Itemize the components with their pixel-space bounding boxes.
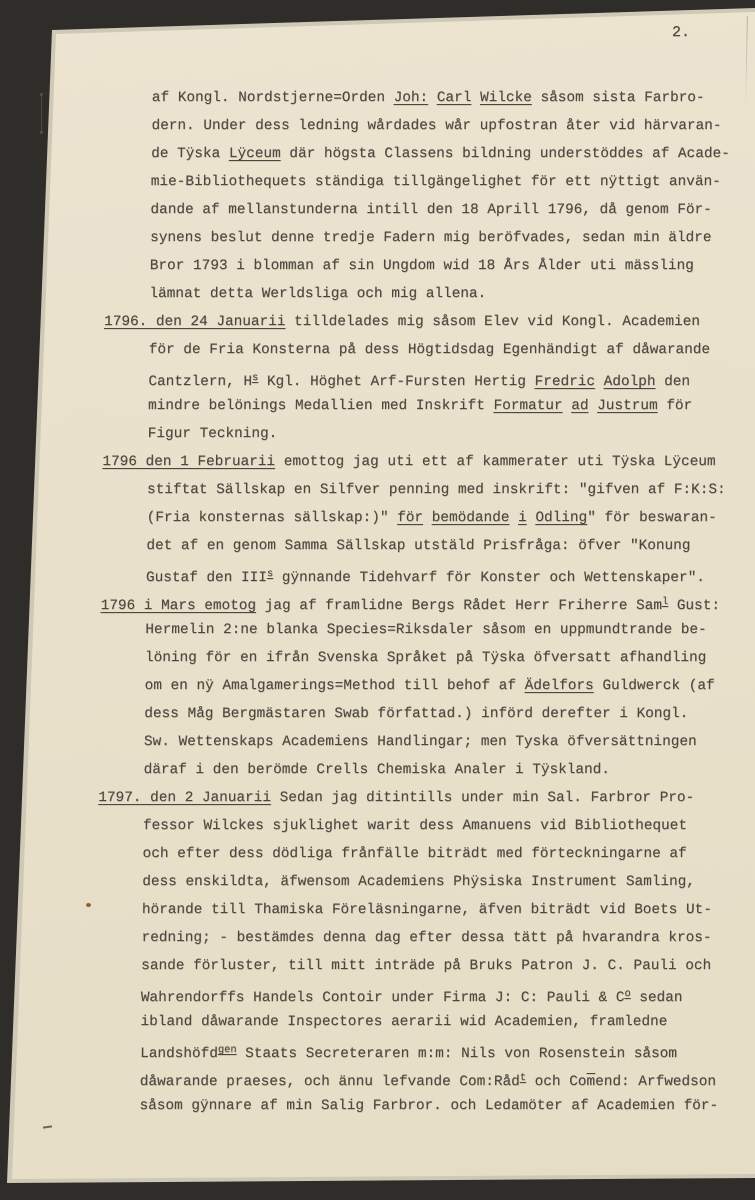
text-line: Figur Teckning. — [101, 420, 726, 448]
text-line: lämnat detta Werldsliga och mig allena. — [102, 280, 727, 308]
text-line: dess Måg Bergmästaren Swab författad.) i… — [97, 700, 722, 728]
text-line: 1797. den 2 Januarii Sedan jag ditintill… — [96, 784, 721, 812]
text-line: fessor Wilckes sjuklighet warit dess Ama… — [96, 812, 721, 840]
text-line: ibland dåwarande Inspectores aerarii wid… — [93, 1008, 718, 1036]
text-line: Hermelin 2:ne blanka Species=Riksdaler s… — [98, 616, 723, 644]
text-line: mindre belönings Medallien med Inskrift … — [101, 392, 726, 420]
text-line: dande af mellanstunderna intill den 18 A… — [103, 196, 728, 224]
text-line: såsom gÿnnare af min Salig Farbror. och … — [92, 1092, 717, 1120]
text-line: dess enskildta, äfwensom Academiens Phÿs… — [95, 868, 720, 896]
text-line: däraf i den berömde Crells Chemiska Anal… — [96, 756, 721, 784]
scan-background: 2. af Kongl. Nordstjerne=Orden Joh: Carl… — [0, 0, 755, 1200]
text-line: 1796 den 1 Februarii emottog jag uti ett… — [100, 448, 725, 476]
page-number: 2. — [672, 24, 690, 41]
text-line: sande förluster, till mitt inträde på Br… — [94, 952, 719, 980]
red-speck — [86, 903, 91, 907]
text-line: 1796. den 24 Januarii tilldelades mig så… — [102, 308, 727, 336]
text-line: (Fria konsternas sällskap:)" för bemödan… — [100, 504, 725, 532]
text-line: om en nÿ Amalgamerings=Method till behof… — [97, 672, 722, 700]
text-line: och efter dess dödliga frånfälle biträdt… — [95, 840, 720, 868]
text-line: Gustaf den IIIs gÿnnande Tidehvarf för K… — [99, 560, 724, 588]
text-line: af Kongl. Nordstjerne=Orden Joh: Carl Wi… — [105, 84, 730, 112]
staple-mark — [40, 93, 44, 134]
text-line: dern. Under dess ledning wårdades wår up… — [104, 112, 729, 140]
text-line: Sw. Wettenskaps Academiens Handlingar; m… — [97, 728, 722, 756]
text-line: redning; - bestämdes denna dag efter des… — [94, 924, 719, 952]
text-line: 1796 i Mars emotog jag af framlidne Berg… — [99, 588, 724, 616]
text-line: Cantzlern, Hs Kgl. Höghet Arf-Fursten He… — [101, 364, 726, 392]
typewritten-text: af Kongl. Nordstjerne=Orden Joh: Carl Wi… — [92, 84, 730, 1120]
text-line: Bror 1793 i blomman af sin Ungdom wid 18… — [103, 252, 728, 280]
text-line: synens beslut denne tredje Fadern mig be… — [103, 224, 728, 252]
text-line: löning för en ifrån Svenska Språket på T… — [98, 644, 723, 672]
text-line: mie-Bibliothequets ständiga tillgängelig… — [104, 168, 729, 196]
text-line: hörande till Thamiska Föreläsningarne, ä… — [95, 896, 720, 924]
text-line: för de Fria Konsterna på dess Högtidsdag… — [102, 336, 727, 364]
text-line: Landshöfdgen Staats Secreteraren m:m: Ni… — [93, 1036, 718, 1064]
text-line: stiftat Sällskap en Silfver penning med … — [100, 476, 725, 504]
text-line: de Tÿska Lÿceum där högsta Classens bild… — [104, 140, 729, 168]
text-line: Wahrendorffs Handels Contoir under Firma… — [94, 980, 719, 1008]
text-line: det af en genom Samma Sällskap utstäld P… — [99, 532, 724, 560]
text-line: dåwarande praeses, och ännu lefvande Com… — [93, 1064, 718, 1092]
